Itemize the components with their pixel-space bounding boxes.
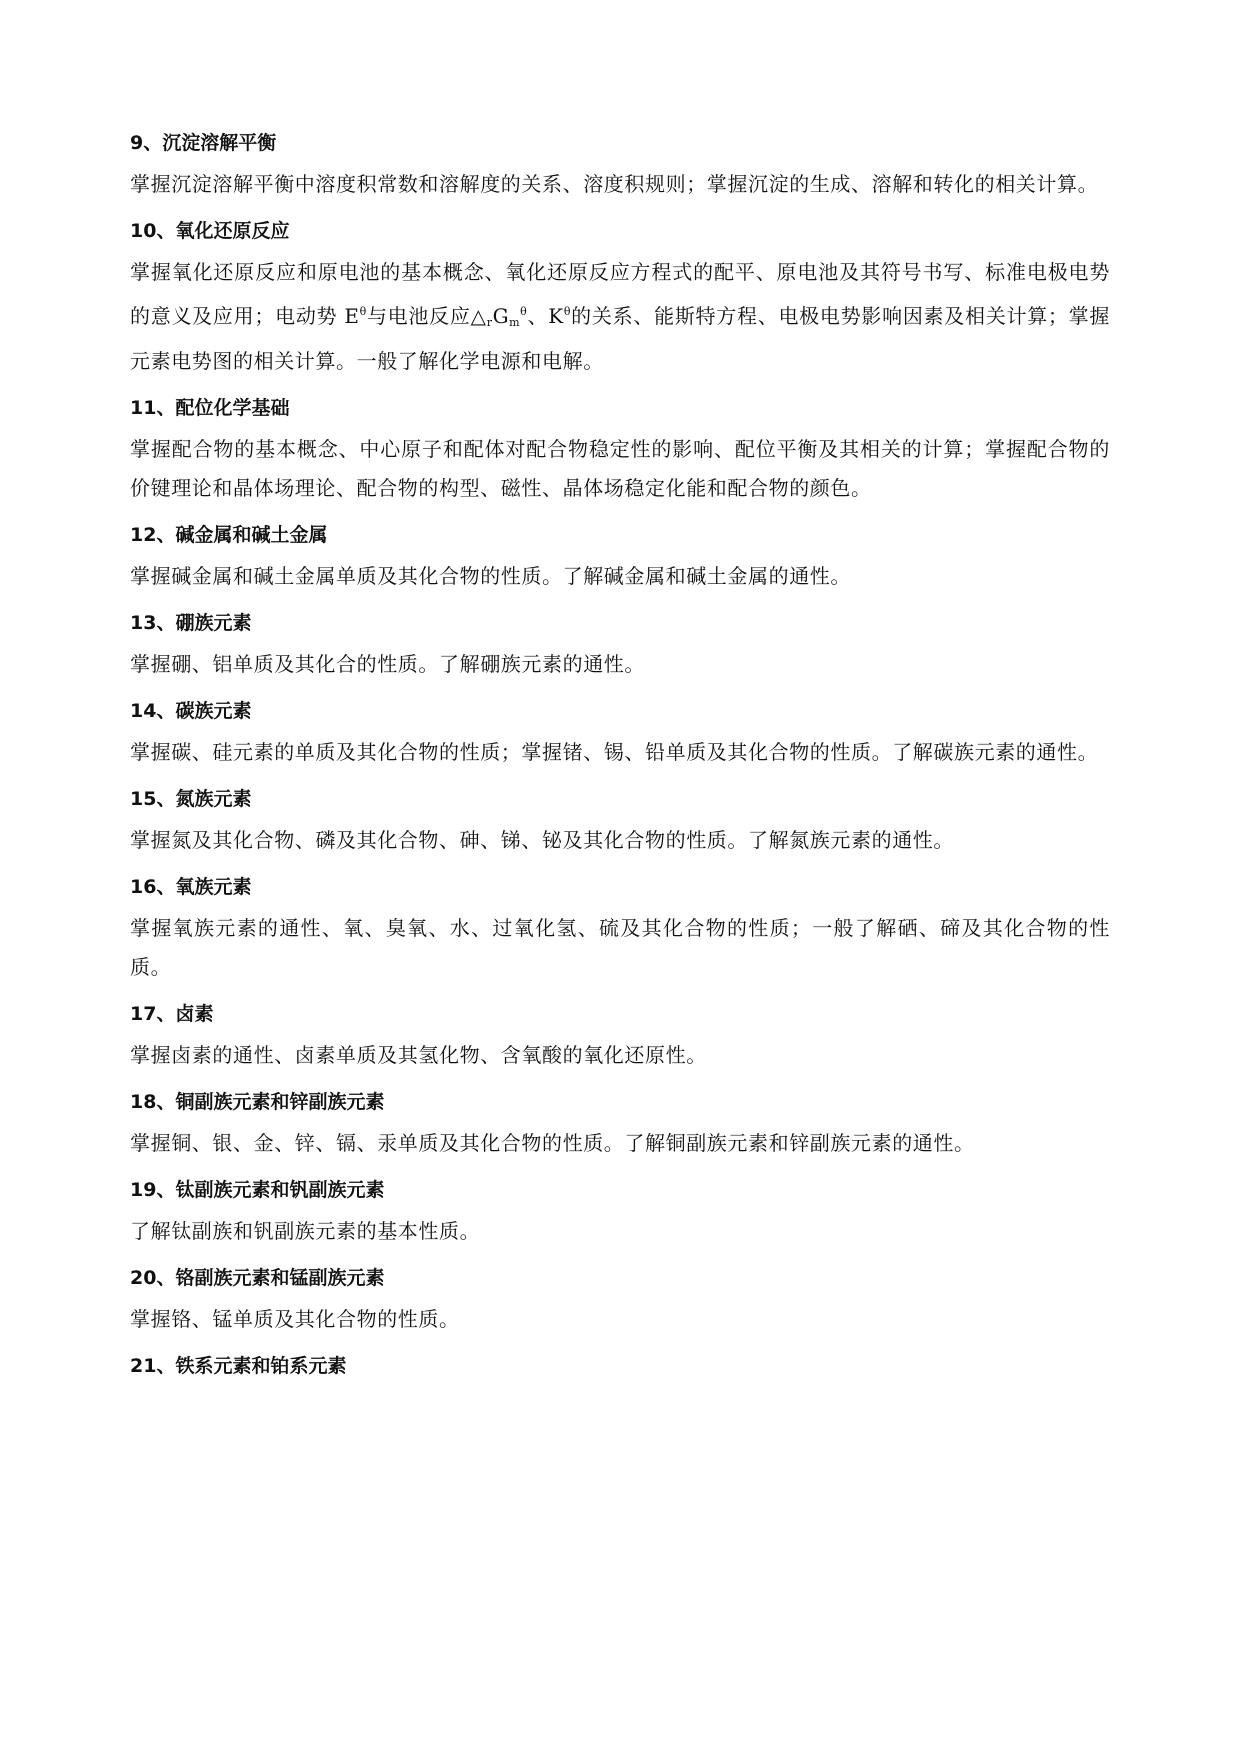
section-body: 掌握铬、锰单质及其化合物的性质。 (130, 1300, 1110, 1339)
section-body: 掌握碳、硅元素的单质及其化合物的性质；掌握锗、锡、铅单质及其化合物的性质。了解碳… (130, 733, 1110, 772)
section-heading: 10、氧化还原反应 (130, 216, 1110, 246)
section-19: 19、钛副族元素和钒副族元素 了解钛副族和钒副族元素的基本性质。 (130, 1175, 1110, 1251)
section-10: 10、氧化还原反应 掌握氧化还原反应和原电池的基本概念、氧化还原反应方程式的配平… (130, 216, 1110, 381)
section-9: 9、沉淀溶解平衡 掌握沉淀溶解平衡中溶度积常数和溶解度的关系、溶度积规则；掌握沉… (130, 128, 1110, 204)
section-18: 18、铜副族元素和锌副族元素 掌握铜、银、金、锌、镉、汞单质及其化合物的性质。了… (130, 1087, 1110, 1163)
section-body: 了解钛副族和钒副族元素的基本性质。 (130, 1212, 1110, 1251)
m-subscript: m (509, 316, 520, 329)
section-heading: 15、氮族元素 (130, 784, 1110, 814)
section-12: 12、碱金属和碱土金属 掌握碱金属和碱土金属单质及其化合物的性质。了解碱金属和碱… (130, 520, 1110, 596)
theta-superscript: θ (360, 305, 367, 318)
section-15: 15、氮族元素 掌握氮及其化合物、磷及其化合物、砷、锑、铋及其化合物的性质。了解… (130, 784, 1110, 860)
section-body: 掌握碱金属和碱土金属单质及其化合物的性质。了解碱金属和碱土金属的通性。 (130, 557, 1110, 596)
section-heading: 16、氧族元素 (130, 872, 1110, 902)
section-body: 掌握硼、铝单质及其化合的性质。了解硼族元素的通性。 (130, 645, 1110, 684)
section-heading: 14、碳族元素 (130, 696, 1110, 726)
section-14: 14、碳族元素 掌握碳、硅元素的单质及其化合物的性质；掌握锗、锡、铅单质及其化合… (130, 696, 1110, 772)
section-heading: 19、钛副族元素和钒副族元素 (130, 1175, 1110, 1205)
body-text: 与电池反应△ (367, 304, 487, 328)
section-heading: 21、铁系元素和铂系元素 (130, 1351, 1110, 1381)
section-13: 13、硼族元素 掌握硼、铝单质及其化合的性质。了解硼族元素的通性。 (130, 608, 1110, 684)
theta-superscript: θ (564, 305, 571, 318)
section-17: 17、卤素 掌握卤素的通性、卤素单质及其氢化物、含氧酸的氧化还原性。 (130, 999, 1110, 1075)
body-text: 、K (527, 304, 563, 328)
body-text: G (493, 304, 510, 328)
section-body: 掌握氧化还原反应和原电池的基本概念、氧化还原反应方程式的配平、原电池及其符号书写… (130, 253, 1110, 381)
section-heading: 11、配位化学基础 (130, 393, 1110, 423)
section-heading: 18、铜副族元素和锌副族元素 (130, 1087, 1110, 1117)
section-body: 掌握铜、银、金、锌、镉、汞单质及其化合物的性质。了解铜副族元素和锌副族元素的通性… (130, 1124, 1110, 1163)
section-heading: 20、铬副族元素和锰副族元素 (130, 1263, 1110, 1293)
section-heading: 9、沉淀溶解平衡 (130, 128, 1110, 158)
section-body: 掌握沉淀溶解平衡中溶度积常数和溶解度的关系、溶度积规则；掌握沉淀的生成、溶解和转… (130, 165, 1110, 204)
section-20: 20、铬副族元素和锰副族元素 掌握铬、锰单质及其化合物的性质。 (130, 1263, 1110, 1339)
section-heading: 13、硼族元素 (130, 608, 1110, 638)
section-heading: 12、碱金属和碱土金属 (130, 520, 1110, 550)
section-11: 11、配位化学基础 掌握配合物的基本概念、中心原子和配体对配合物稳定性的影响、配… (130, 393, 1110, 508)
section-body: 掌握配合物的基本概念、中心原子和配体对配合物稳定性的影响、配位平衡及其相关的计算… (130, 430, 1110, 508)
section-21: 21、铁系元素和铂系元素 (130, 1351, 1110, 1381)
section-body: 掌握氧族元素的通性、氧、臭氧、水、过氧化氢、硫及其化合物的性质；一般了解硒、碲及… (130, 909, 1110, 987)
document-page: 9、沉淀溶解平衡 掌握沉淀溶解平衡中溶度积常数和溶解度的关系、溶度积规则；掌握沉… (130, 128, 1110, 1388)
section-body: 掌握氮及其化合物、磷及其化合物、砷、锑、铋及其化合物的性质。了解氮族元素的通性。 (130, 821, 1110, 860)
section-heading: 17、卤素 (130, 999, 1110, 1029)
section-16: 16、氧族元素 掌握氧族元素的通性、氧、臭氧、水、过氧化氢、硫及其化合物的性质；… (130, 872, 1110, 987)
section-body: 掌握卤素的通性、卤素单质及其氢化物、含氧酸的氧化还原性。 (130, 1036, 1110, 1075)
